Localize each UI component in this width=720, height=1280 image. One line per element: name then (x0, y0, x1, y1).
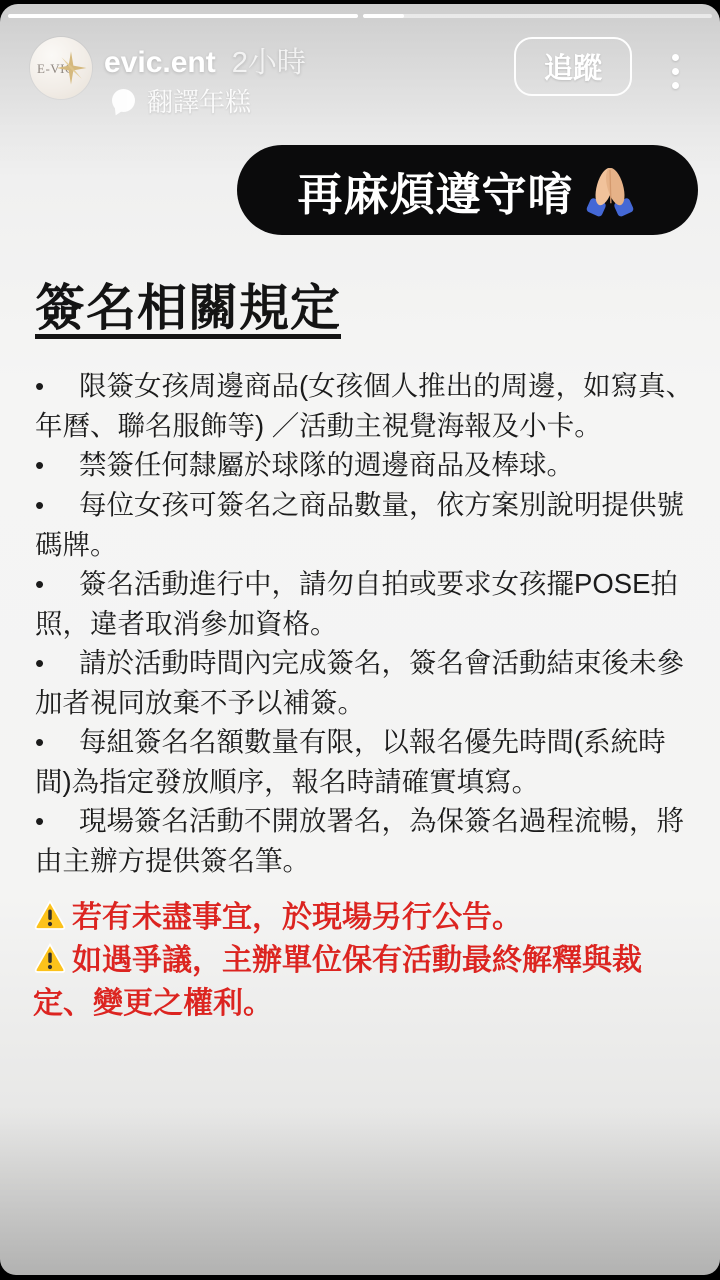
warning-item: 如遇爭議，主辦單位保有活動最終解釋與裁定、變更之權利。 (33, 939, 697, 1025)
follow-button[interactable]: 追蹤 (514, 37, 632, 96)
timestamp: 2小時 (232, 40, 306, 81)
rule-item: •每組簽名名額數量有限，以報名優先時間(系統時間)為指定發放順序，報名時請確實填… (35, 722, 695, 801)
warning-icon (33, 899, 67, 931)
rule-text: 禁簽任何隸屬於球隊的週邊商品及棒球。 (79, 449, 574, 480)
bullet-dot: • (35, 486, 79, 525)
rule-text: 每組簽名名額數量有限，以報名優先時間(系統時間)為指定發放順序，報名時請確實填寫… (35, 726, 666, 797)
story-canvas[interactable]: E-VIC evic.ent 2小時 翻譯年糕 追蹤 再麻煩遵守唷 簽名相關規定 (0, 4, 720, 1275)
page-title: 簽名相關規定 (35, 268, 341, 340)
rule-item: •禁簽任何隸屬於球隊的週邊商品及棒球。 (35, 445, 695, 485)
bullet-dot: • (35, 644, 79, 683)
bullet-dot: • (35, 367, 79, 406)
rule-text: 限簽女孩周邊商品(女孩個人推出的周邊，如寫真、年曆、聯名服飾等) ／活動主視覺海… (35, 370, 693, 441)
rule-text: 簽名活動進行中，請勿自拍或要求女孩擺POSE拍照，違者取消參加資格。 (35, 568, 678, 639)
translation-bubble-icon (112, 89, 135, 112)
sticker-text: 再麻煩遵守唷 (297, 158, 573, 223)
warning-text: 若有未盡事宜，於現場另行公告。 (72, 901, 522, 934)
progress-fill-2 (363, 14, 405, 18)
warning-icon (33, 942, 67, 974)
rule-text: 請於活動時間內完成簽名，簽名會活動結束後未參加者視同放棄不予以補簽。 (35, 647, 684, 718)
rule-text: 現場簽名活動不開放署名，為保簽名過程流暢，將由主辦方提供簽名筆。 (35, 805, 684, 876)
rule-item: •每位女孩可簽名之商品數量，依方案別說明提供號碼牌。 (35, 485, 695, 564)
warnings-list: 若有未盡事宜，於現場另行公告。 如遇爭議，主辦單位保有活動最終解釋與裁定、變更之… (33, 896, 697, 1025)
bullet-dot: • (35, 723, 79, 762)
bullet-dot: • (35, 802, 79, 841)
avatar[interactable]: E-VIC (30, 37, 92, 99)
folded-hands-emoji (582, 163, 638, 219)
starburst-icon (52, 49, 90, 87)
rule-item: •現場簽名活動不開放署名，為保簽名過程流暢，將由主辦方提供簽名筆。 (35, 801, 695, 880)
text-sticker: 再麻煩遵守唷 (237, 145, 698, 235)
warning-item: 若有未盡事宜，於現場另行公告。 (33, 896, 697, 939)
bullet-dot: • (35, 565, 79, 604)
more-options-icon[interactable] (672, 54, 679, 89)
bullet-dot: • (35, 446, 79, 485)
rule-item: •簽名活動進行中，請勿自拍或要求女孩擺POSE拍照，違者取消參加資格。 (35, 564, 695, 643)
rule-item: •限簽女孩周邊商品(女孩個人推出的周邊，如寫真、年曆、聯名服飾等) ／活動主視覺… (35, 366, 695, 445)
rule-text: 每位女孩可簽名之商品數量，依方案別說明提供號碼牌。 (35, 489, 684, 560)
story-progress-bar (8, 14, 712, 18)
header-user-row: evic.ent 2小時 (104, 40, 306, 81)
progress-segment-2 (363, 14, 713, 18)
bottom-scrim (0, 1105, 720, 1275)
rules-list: •限簽女孩周邊商品(女孩個人推出的周邊，如寫真、年曆、聯名服飾等) ／活動主視覺… (35, 366, 695, 880)
progress-fill-1 (8, 14, 358, 18)
see-translation[interactable]: 翻譯年糕 (112, 82, 251, 119)
username[interactable]: evic.ent (104, 46, 216, 80)
warning-text: 如遇爭議，主辦單位保有活動最終解釋與裁定、變更之權利。 (33, 944, 642, 1020)
progress-segment-1 (8, 14, 358, 18)
translation-label: 翻譯年糕 (147, 82, 251, 119)
rule-item: •請於活動時間內完成簽名，簽名會活動結束後未參加者視同放棄不予以補簽。 (35, 643, 695, 722)
